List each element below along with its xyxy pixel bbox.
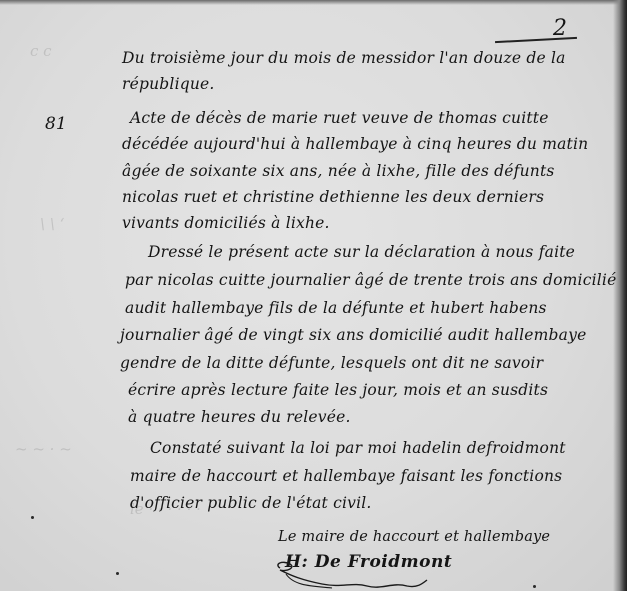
scan-top-edge — [0, 0, 627, 5]
record-line: d'officier public de l'état civil. — [130, 496, 372, 512]
record-line: écrire après lecture faite les jour, moi… — [128, 383, 548, 399]
record-line: décédée aujourd'hui à hallembaye à cinq … — [122, 137, 588, 153]
record-line: par nicolas cuitte journalier âgé de tre… — [125, 273, 616, 289]
record-line: maire de haccourt et hallembaye faisant … — [130, 469, 562, 485]
ink-speck — [116, 572, 119, 575]
record-line: gendre de la ditte défunte, lesquels ont… — [120, 356, 543, 372]
page-binding-edge — [613, 0, 627, 591]
bleed-through-mark: ~ ~ · ~ — [15, 440, 72, 458]
record-line: Dressé le présent acte sur la déclaratio… — [148, 245, 575, 261]
record-line: audit hallembaye fils de la défunte et h… — [125, 301, 547, 317]
record-line: journalier âgé de vingt six ans domicili… — [120, 328, 586, 344]
mayor-title-line: Le maire de haccourt et hallembaye — [278, 530, 550, 545]
ink-speck — [533, 585, 536, 588]
bleed-through-mark: c c — [30, 42, 52, 60]
header-line-2: république. — [122, 77, 215, 93]
scanned-register-page: c c \ \ ‘ ~ ~ · ~ le · · · · · · 2 Du tr… — [0, 0, 627, 591]
record-line: nicolas ruet et christine dethienne les … — [122, 190, 544, 206]
record-line: âgée de soixante six ans, née à lixhe, f… — [122, 164, 555, 180]
signature-flourish-icon — [272, 560, 432, 591]
record-line: vivants domiciliés à lixhe. — [122, 216, 330, 232]
header-line-1: Du troisième jour du mois de messidor l'… — [122, 51, 566, 67]
folio-mark: 2 — [495, 14, 595, 48]
record-line: à quatre heures du relevée. — [128, 410, 351, 426]
bleed-through-mark: \ \ ‘ — [40, 215, 64, 233]
record-line: Acte de décès de marie ruet veuve de tho… — [130, 111, 549, 127]
record-line: Constaté suivant la loi par moi hadelin … — [150, 441, 566, 457]
ink-speck — [31, 516, 34, 519]
act-number: 81 — [45, 114, 67, 134]
